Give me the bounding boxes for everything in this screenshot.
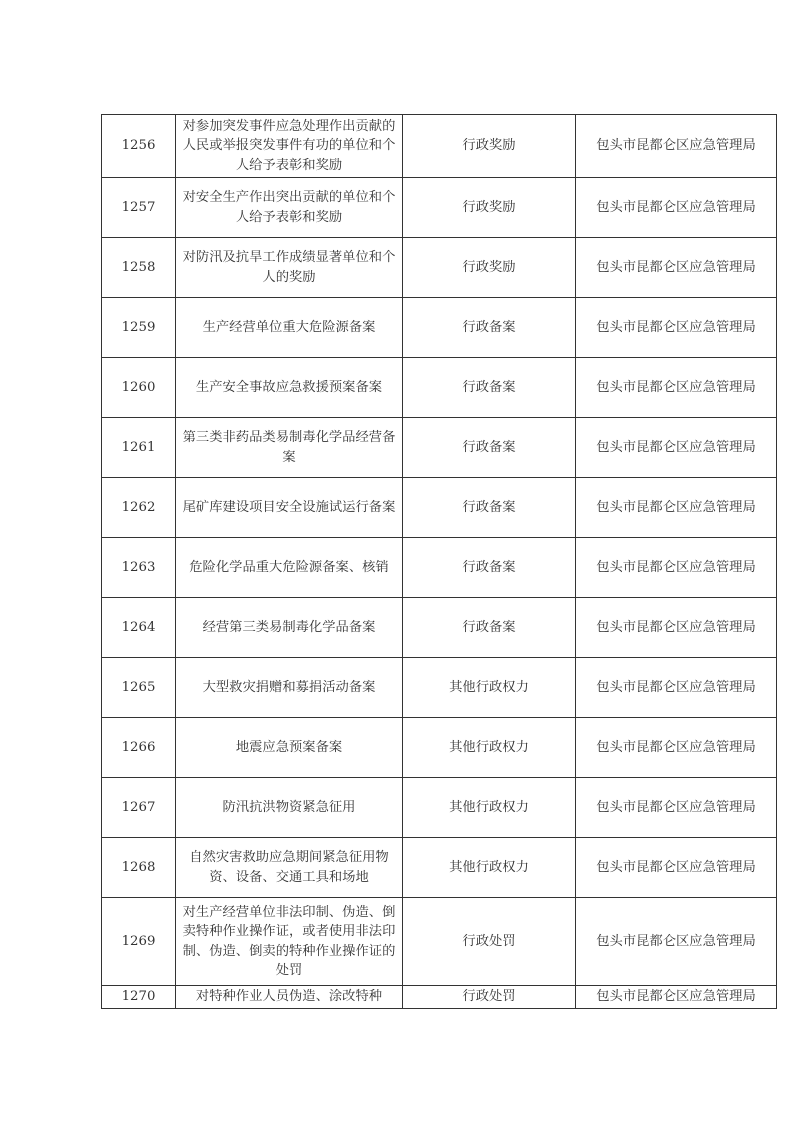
department-cell: 包头市昆都仑区应急管理局 xyxy=(576,358,777,418)
row-number-cell: 1260 xyxy=(102,358,176,418)
table-row: 1270对特种作业人员伪造、涂改特种行政处罚包头市昆都仑区应急管理局 xyxy=(102,986,777,1009)
table-row: 1263危险化学品重大危险源备案、核销行政备案包头市昆都仑区应急管理局 xyxy=(102,538,777,598)
row-number-cell: 1263 xyxy=(102,538,176,598)
power-type-cell: 其他行政权力 xyxy=(403,778,576,838)
table-body: 1256对参加突发事件应急处理作出贡献的人民或举报突发事件有功的单位和个人给予表… xyxy=(102,115,777,1009)
department-cell: 包头市昆都仑区应急管理局 xyxy=(576,898,777,986)
row-number-cell: 1269 xyxy=(102,898,176,986)
department-cell: 包头市昆都仑区应急管理局 xyxy=(576,538,777,598)
department-cell: 包头市昆都仑区应急管理局 xyxy=(576,115,777,178)
power-type-cell: 其他行政权力 xyxy=(403,658,576,718)
department-cell: 包头市昆都仑区应急管理局 xyxy=(576,778,777,838)
department-cell: 包头市昆都仑区应急管理局 xyxy=(576,658,777,718)
item-name-cell: 大型救灾捐赠和募捐活动备案 xyxy=(176,658,403,718)
table-row: 1269对生产经营单位非法印制、伪造、倒卖特种作业操作证，或者使用非法印制、伪造… xyxy=(102,898,777,986)
row-number-cell: 1258 xyxy=(102,238,176,298)
row-number-cell: 1264 xyxy=(102,598,176,658)
department-cell: 包头市昆都仑区应急管理局 xyxy=(576,178,777,238)
item-name-cell: 地震应急预案备案 xyxy=(176,718,403,778)
row-number-cell: 1256 xyxy=(102,115,176,178)
power-type-cell: 其他行政权力 xyxy=(403,718,576,778)
department-cell: 包头市昆都仑区应急管理局 xyxy=(576,598,777,658)
power-type-cell: 行政奖励 xyxy=(403,115,576,178)
item-name-cell: 生产经营单位重大危险源备案 xyxy=(176,298,403,358)
power-type-cell: 行政备案 xyxy=(403,598,576,658)
item-name-cell: 对防汛及抗旱工作成绩显著单位和个人的奖励 xyxy=(176,238,403,298)
row-number-cell: 1270 xyxy=(102,986,176,1009)
item-name-cell: 对生产经营单位非法印制、伪造、倒卖特种作业操作证，或者使用非法印制、伪造、倒卖的… xyxy=(176,898,403,986)
item-name-cell: 经营第三类易制毒化学品备案 xyxy=(176,598,403,658)
row-number-cell: 1262 xyxy=(102,478,176,538)
power-type-cell: 行政备案 xyxy=(403,358,576,418)
table-row: 1266地震应急预案备案其他行政权力包头市昆都仑区应急管理局 xyxy=(102,718,777,778)
table-row: 1257对安全生产作出突出贡献的单位和个人给予表彰和奖励行政奖励包头市昆都仑区应… xyxy=(102,178,777,238)
row-number-cell: 1268 xyxy=(102,838,176,898)
department-cell: 包头市昆都仑区应急管理局 xyxy=(576,478,777,538)
table-row: 1267防汛抗洪物资紧急征用其他行政权力包头市昆都仑区应急管理局 xyxy=(102,778,777,838)
department-cell: 包头市昆都仑区应急管理局 xyxy=(576,986,777,1009)
department-cell: 包头市昆都仑区应急管理局 xyxy=(576,838,777,898)
item-name-cell: 尾矿库建设项目安全设施试运行备案 xyxy=(176,478,403,538)
power-type-cell: 行政奖励 xyxy=(403,178,576,238)
table-row: 1265大型救灾捐赠和募捐活动备案其他行政权力包头市昆都仑区应急管理局 xyxy=(102,658,777,718)
table-row: 1268自然灾害救助应急期间紧急征用物资、设备、交通工具和场地其他行政权力包头市… xyxy=(102,838,777,898)
department-cell: 包头市昆都仑区应急管理局 xyxy=(576,298,777,358)
row-number-cell: 1265 xyxy=(102,658,176,718)
power-type-cell: 行政奖励 xyxy=(403,238,576,298)
item-name-cell: 自然灾害救助应急期间紧急征用物资、设备、交通工具和场地 xyxy=(176,838,403,898)
row-number-cell: 1267 xyxy=(102,778,176,838)
department-cell: 包头市昆都仑区应急管理局 xyxy=(576,418,777,478)
item-name-cell: 对安全生产作出突出贡献的单位和个人给予表彰和奖励 xyxy=(176,178,403,238)
power-type-cell: 行政备案 xyxy=(403,418,576,478)
power-type-cell: 行政备案 xyxy=(403,478,576,538)
department-cell: 包头市昆都仑区应急管理局 xyxy=(576,238,777,298)
row-number-cell: 1261 xyxy=(102,418,176,478)
power-type-cell: 其他行政权力 xyxy=(403,838,576,898)
item-name-cell: 对参加突发事件应急处理作出贡献的人民或举报突发事件有功的单位和个人给予表彰和奖励 xyxy=(176,115,403,178)
table-row: 1260生产安全事故应急救援预案备案行政备案包头市昆都仑区应急管理局 xyxy=(102,358,777,418)
power-type-cell: 行政处罚 xyxy=(403,986,576,1009)
row-number-cell: 1266 xyxy=(102,718,176,778)
item-name-cell: 第三类非药品类易制毒化学品经营备案 xyxy=(176,418,403,478)
row-number-cell: 1259 xyxy=(102,298,176,358)
table-row: 1259生产经营单位重大危险源备案行政备案包头市昆都仑区应急管理局 xyxy=(102,298,777,358)
table-row: 1258对防汛及抗旱工作成绩显著单位和个人的奖励行政奖励包头市昆都仑区应急管理局 xyxy=(102,238,777,298)
item-name-cell: 生产安全事故应急救援预案备案 xyxy=(176,358,403,418)
item-name-cell: 对特种作业人员伪造、涂改特种 xyxy=(176,986,403,1009)
item-name-cell: 防汛抗洪物资紧急征用 xyxy=(176,778,403,838)
power-type-cell: 行政备案 xyxy=(403,298,576,358)
power-type-cell: 行政处罚 xyxy=(403,898,576,986)
power-type-cell: 行政备案 xyxy=(403,538,576,598)
department-cell: 包头市昆都仑区应急管理局 xyxy=(576,718,777,778)
power-list-table: 1256对参加突发事件应急处理作出贡献的人民或举报突发事件有功的单位和个人给予表… xyxy=(101,114,777,1009)
row-number-cell: 1257 xyxy=(102,178,176,238)
table-row: 1264经营第三类易制毒化学品备案行政备案包头市昆都仑区应急管理局 xyxy=(102,598,777,658)
table-row: 1261第三类非药品类易制毒化学品经营备案行政备案包头市昆都仑区应急管理局 xyxy=(102,418,777,478)
item-name-cell: 危险化学品重大危险源备案、核销 xyxy=(176,538,403,598)
table-row: 1262尾矿库建设项目安全设施试运行备案行政备案包头市昆都仑区应急管理局 xyxy=(102,478,777,538)
table-row: 1256对参加突发事件应急处理作出贡献的人民或举报突发事件有功的单位和个人给予表… xyxy=(102,115,777,178)
